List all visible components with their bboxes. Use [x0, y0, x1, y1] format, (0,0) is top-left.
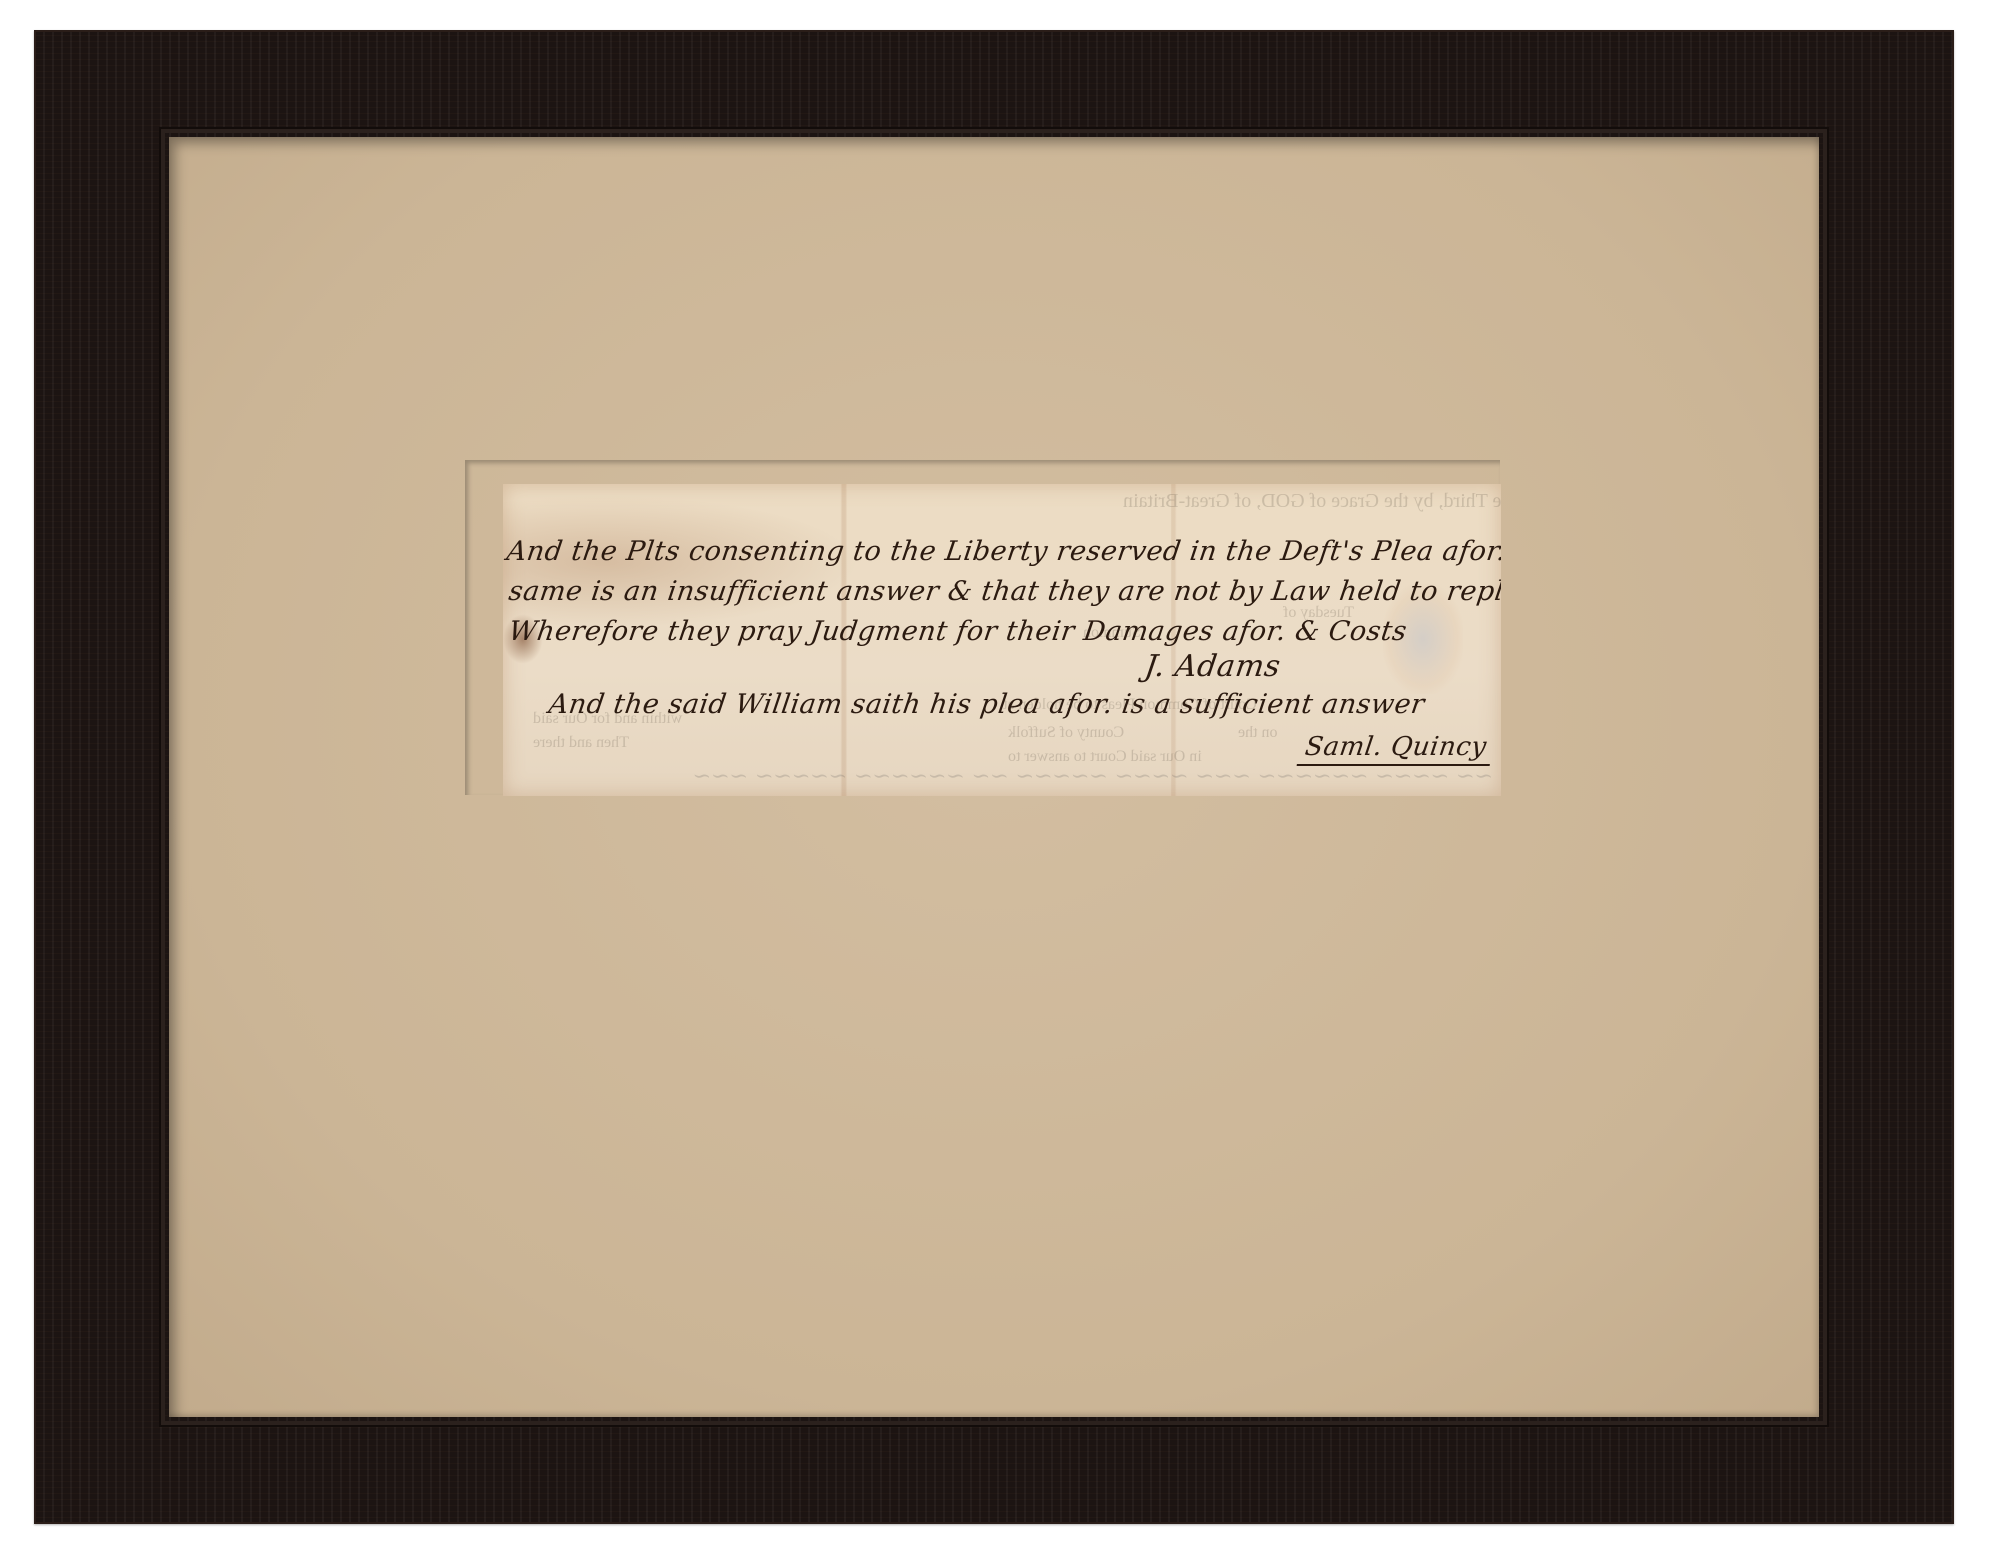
ghost-print-heading: GEORGE the Third, by the Grace of GOD, o…	[1123, 490, 1501, 513]
signature-quincy: Saml. Quincy	[1297, 732, 1495, 766]
ghost-print-county: County of Suffolk	[1008, 724, 1124, 742]
document-paper: GEORGE the Third, by the Grace of GOD, o…	[503, 484, 1501, 796]
document-line-2: same is an insufficient answer & that th…	[507, 576, 1501, 607]
bleed-through-script: ~~ ~~~~ ~~~~~~ ~~~ ~~~~ ~~~~~ ~~ ~~~~~~ …	[510, 764, 1495, 789]
document-line-4: And the said William saith his plea afor…	[547, 689, 1427, 720]
document-line-1: And the Plts consenting to the Liberty r…	[505, 536, 1501, 567]
ghost-print-on-the: on the	[1238, 724, 1278, 742]
ghost-print-then: Then and there	[533, 734, 629, 752]
signature-adams: J. Adams	[1143, 649, 1283, 684]
document-line-3: Wherefore they pray Judgment for their D…	[507, 616, 1409, 647]
